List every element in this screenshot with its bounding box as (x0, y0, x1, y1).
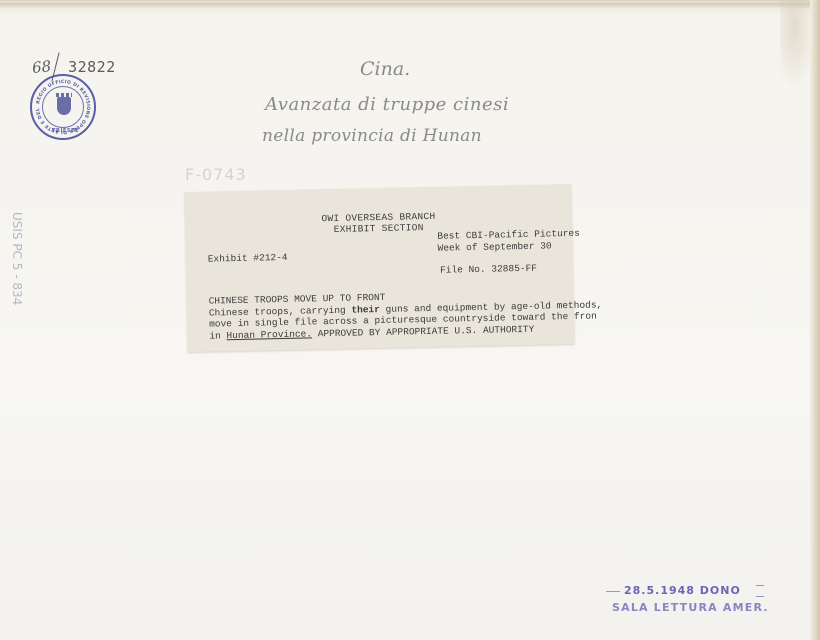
best-pictures-line-2: Week of September 30 (437, 240, 580, 255)
stamp-rule-right-bottom (756, 596, 764, 597)
inventory-number: 68 32822 (32, 42, 116, 76)
caption-body: CHINESE TROOPS MOVE UP TO FRONT Chinese … (209, 288, 575, 342)
photo-verso-sheet: 68 32822 REGIO UFFICIO DI REVISIONE OPER… (0, 0, 820, 640)
library-donation-stamp: 28.5.1948 DONO SALA LETTURA AMER. (606, 580, 786, 624)
handwritten-caption-line-1: Avanzata di truppe cinesi (265, 94, 509, 115)
top-edge-crease (0, 3, 820, 9)
inventory-prefix: 68 (31, 57, 52, 77)
round-archive-stamp: REGIO UFFICIO DI REVISIONE OPERE DI ARTE… (30, 74, 96, 140)
stamp-rule-right-top (756, 585, 764, 586)
right-paper-edge (810, 0, 820, 640)
file-number: File No. 32885-FF (440, 263, 537, 276)
caption-underlined-place: Hunan Province. (226, 328, 312, 341)
stamp-city: TRIESTE (52, 128, 79, 134)
stamp-reading-room-line: SALA LETTURA AMER. (612, 601, 769, 614)
caption-line-3-start: in (209, 330, 226, 341)
typed-caption-label: OWI OVERSEAS BRANCH EXHIBIT SECTION Exhi… (184, 184, 574, 352)
stamp-date-line: 28.5.1948 DONO (624, 584, 741, 597)
caption-line-1-bold: their (351, 304, 380, 316)
stamp-rule-left (606, 591, 620, 592)
vertical-reference-text: USIS PC 5 - 834 (10, 212, 24, 305)
crest-shield-icon (57, 97, 71, 115)
inventory-digits: 32822 (68, 58, 116, 76)
best-pictures-note: Best CBI-Pacific Pictures Week of Septem… (437, 228, 580, 255)
vertical-pencil-reference: USIS PC 5 - 834 (2, 212, 32, 402)
exhibit-number: Exhibit #212-4 (208, 252, 288, 265)
handwritten-title: Cina. (360, 58, 410, 80)
faint-pencil-reference: F-0743 (185, 165, 247, 184)
handwritten-caption-line-2: nella provincia di Hunan (262, 126, 482, 146)
